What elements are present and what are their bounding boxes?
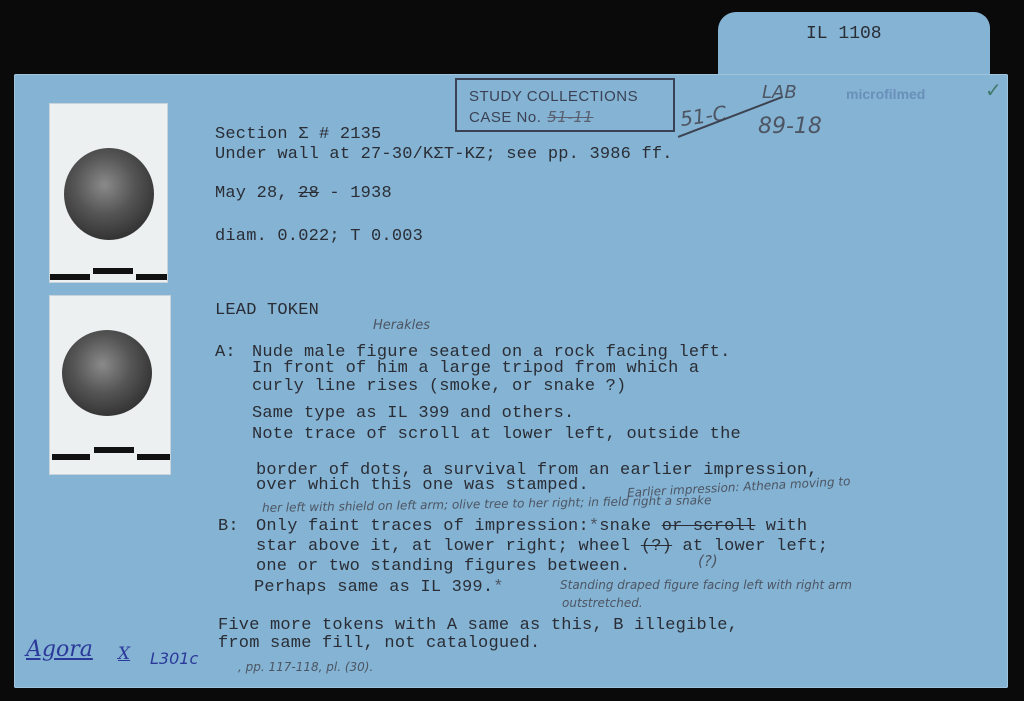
scale-bar [136, 274, 167, 280]
text: snake [599, 517, 661, 536]
struck-text: (?) [641, 537, 672, 556]
object-type: LEAD TOKEN [215, 301, 319, 321]
case-label: CASE No. [469, 109, 541, 126]
struck-text: or scroll [662, 517, 756, 536]
date-prefix: May 28, [215, 184, 298, 203]
side-b-line-2: star above it, at lower right; wheel (?)… [256, 537, 828, 557]
handwritten-standing-figure: Standing draped figure facing left with … [560, 578, 852, 592]
card-tab [718, 12, 990, 82]
study-collections-stamp: STUDY COLLECTIONS CASE No.51-11 [455, 78, 675, 132]
side-a-label: A: [215, 343, 236, 363]
reference-title: Agora [26, 637, 93, 662]
tab-notch-right [990, 12, 1010, 64]
date-suffix: - 1938 [319, 184, 392, 203]
section-line: Section Σ # 2135 [215, 125, 381, 145]
reference-number: L301c [150, 649, 198, 668]
annotation-herakles: Herakles [373, 318, 430, 333]
side-b-line-1: Only faint traces of impression:*snake o… [256, 517, 807, 537]
new-case-bottom: 89-18 [758, 114, 822, 139]
handwritten-outstretched: outstretched. [562, 596, 643, 610]
location-line: Under wall at 27-30/ΚΣΤ-ΚΖ; see pp. 3986… [215, 145, 673, 165]
scale-bar [50, 274, 90, 280]
side-a-line: In front of him a large tripod from whic… [252, 359, 699, 379]
date-line: May 28, 28 - 1938 [215, 184, 392, 204]
side-b-label: B: [218, 517, 239, 537]
annotation-question: (?) [698, 552, 718, 570]
text: Perhaps same as IL 399. [254, 578, 493, 597]
side-b-line-3: one or two standing figures between. [256, 557, 630, 577]
microfilmed-stamp: microfilmed [846, 86, 925, 102]
tab-label: IL 1108 [806, 24, 882, 44]
footer-line-2: from same fill, not catalogued. [218, 634, 540, 654]
side-a-line: over which this one was stamped. [256, 476, 589, 496]
text: Only faint traces of impression: [256, 517, 589, 536]
scale-bar [137, 454, 170, 460]
side-a-line: Note trace of scroll at lower left, outs… [252, 425, 741, 445]
date-struck: 28 [298, 184, 319, 203]
footer-line-1: Five more tokens with A same as this, B … [218, 616, 738, 636]
text: with [755, 517, 807, 536]
coin-image-obverse [64, 148, 154, 240]
reverse-photo [50, 296, 170, 474]
reference-volume: X [118, 644, 130, 664]
reference-pages: , pp. 117-118, pl. (30). [238, 660, 373, 674]
text: star above it, at lower right; wheel [256, 537, 641, 556]
stamp-line-1: STUDY COLLECTIONS [469, 88, 638, 105]
stamp-line-2: CASE No.51-11 [469, 108, 593, 126]
scale-bar [93, 268, 133, 274]
side-a-line: curly line rises (smoke, or snake ?) [252, 377, 626, 397]
side-a-line: Same type as IL 399 and others. [252, 404, 574, 424]
asterisk: * [589, 517, 599, 536]
tab-notch-left [690, 50, 720, 76]
check-mark-icon: ✓ [985, 78, 1002, 102]
scale-bar [94, 447, 134, 453]
new-case-top: LAB [762, 82, 797, 103]
text: at lower left; [672, 537, 828, 556]
case-number-struck: 51-11 [547, 108, 593, 126]
asterisk: * [493, 578, 503, 597]
coin-image-reverse [62, 330, 152, 416]
scale-bar [52, 454, 90, 460]
side-b-line-4: Perhaps same as IL 399.* [254, 578, 504, 598]
dimensions-line: diam. 0.022; T 0.003 [215, 227, 423, 247]
obverse-photo [50, 104, 167, 282]
